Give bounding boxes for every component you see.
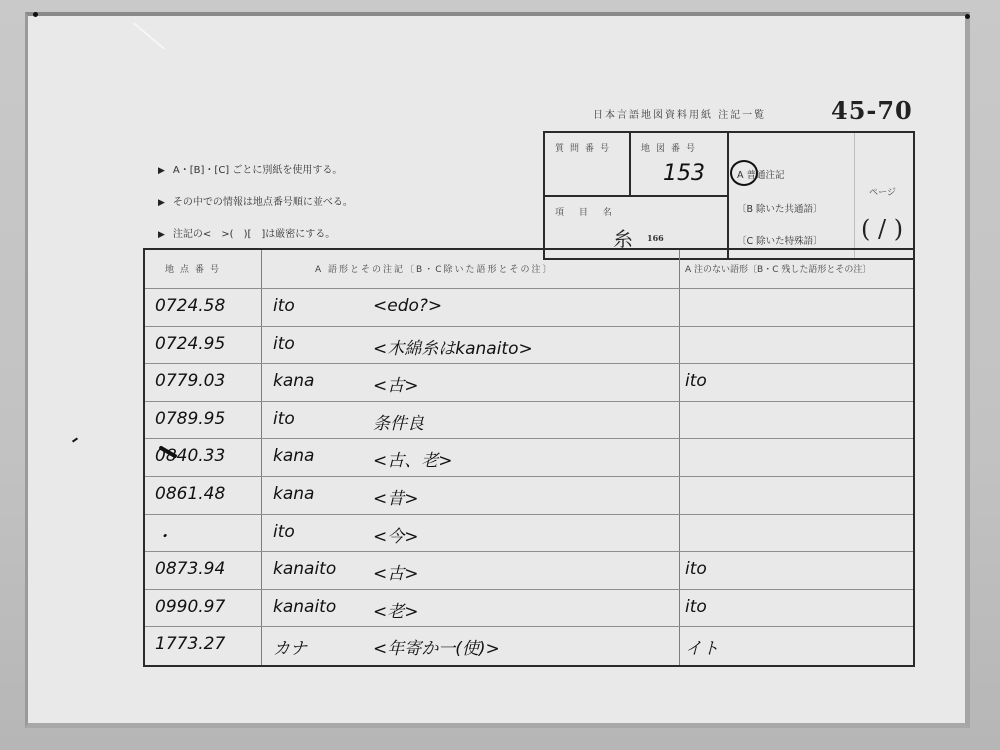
header-box: 質問番号 地図番号 153 項 目 名 糸 166 A 普通注記 〔B 除いた共…: [543, 131, 915, 260]
data-sheet: 日本言語地図資料用紙 注記一覧 45-70 ▶A・[B]・[C] ごとに別紙を使…: [25, 12, 970, 728]
map-number-value: 153: [663, 161, 705, 186]
word-form: kanaito: [273, 559, 336, 579]
point-number: 0779.03: [155, 371, 225, 391]
instruction-item: ▶A・[B]・[C] ごとに別紙を使用する。: [158, 161, 353, 193]
table-row: 0840.33kana<古、老>: [145, 438, 913, 477]
annotation-option-c: 〔C 除いた特殊語〕: [737, 233, 823, 247]
word-form: kanaito: [273, 597, 336, 617]
column-header-point: 地点番号: [165, 262, 225, 275]
pin-dot: [33, 12, 38, 17]
table-row: 0724.58ito<edo?>: [145, 288, 913, 327]
table-row: ・ito<今>: [145, 514, 913, 553]
word-note: <木綿糸はkanaito>: [373, 334, 533, 359]
table-header: 地点番号 A 語形とその注記〔B・C除いた語形とその注〕 A 注のない語形〔B・…: [145, 250, 913, 289]
word-note: <年寄か一(使)>: [373, 634, 500, 659]
scratch-mark: [133, 22, 165, 49]
point-number: 0789.95: [155, 409, 225, 429]
word-form: kana: [273, 446, 314, 466]
instruction-text: その中での情報は地点番号順に並べる。: [173, 197, 353, 208]
word-without-note: ito: [685, 371, 707, 391]
point-number: 1773.27: [155, 634, 225, 654]
question-number-label: 質問番号: [555, 141, 615, 154]
point-number: 0861.48: [155, 484, 225, 504]
table-row: 0779.03kana<古>ito: [145, 363, 913, 402]
triangle-right-icon: ▶: [158, 230, 165, 240]
entries-table: 地点番号 A 語形とその注記〔B・C除いた語形とその注〕 A 注のない語形〔B・…: [143, 248, 915, 667]
annotation-type-cell: A 普通注記 〔B 除いた共通語〕 〔C 除いた特殊語〕: [729, 133, 855, 258]
word-note: 条件良: [373, 409, 424, 434]
word-note: <古>: [373, 559, 419, 584]
point-number: 0724.58: [155, 296, 225, 316]
table-row: 1773.27カナ<年寄か一(使)>イト: [145, 626, 913, 664]
form-number: 45-70: [831, 96, 913, 125]
instruction-text: A・[B]・[C] ごとに別紙を使用する。: [173, 165, 342, 176]
word-form: ito: [273, 409, 295, 429]
word-note: <古>: [373, 371, 419, 396]
word-without-note: ito: [685, 597, 707, 617]
table-row: 0873.94kanaito<古>ito: [145, 551, 913, 590]
instructions-list: ▶A・[B]・[C] ごとに別紙を使用する。 ▶その中での情報は地点番号順に並べ…: [158, 161, 353, 257]
item-code: 166: [647, 233, 664, 243]
point-number: 0724.95: [155, 334, 225, 354]
triangle-right-icon: ▶: [158, 166, 165, 176]
instruction-text: 注記の< >( )[ ]は厳密にする。: [173, 229, 335, 240]
map-number-label: 地図番号: [641, 141, 701, 154]
page-value: ( / ): [861, 215, 903, 243]
page-label: ページ: [869, 185, 896, 198]
map-number-cell: 地図番号 153: [631, 133, 729, 197]
point-number: ・: [155, 522, 172, 547]
word-note: <老>: [373, 597, 419, 622]
item-name-label: 項 目 名: [555, 205, 618, 218]
instruction-item: ▶その中での情報は地点番号順に並べる。: [158, 193, 353, 225]
word-note: <昔>: [373, 484, 419, 509]
point-number: 0990.97: [155, 597, 225, 617]
word-without-note: ito: [685, 559, 707, 579]
word-without-note: イト: [685, 634, 719, 659]
stray-mark: [72, 437, 78, 442]
table-row: 0861.48kana<昔>: [145, 476, 913, 515]
word-note: <古、老>: [373, 446, 453, 471]
word-note: <今>: [373, 522, 419, 547]
table-row: 0990.97kanaito<老>ito: [145, 589, 913, 628]
word-note: <edo?>: [373, 296, 442, 316]
annotation-option-b: 〔B 除いた共通語〕: [737, 201, 823, 215]
word-form: kana: [273, 484, 314, 504]
table-row: 0789.95ito条件良: [145, 401, 913, 440]
word-form: ito: [273, 296, 295, 316]
point-number: 0873.94: [155, 559, 225, 579]
column-header-form: A 語形とその注記〔B・C除いた語形とその注〕: [315, 262, 553, 275]
page-cell: ページ ( / ): [855, 133, 913, 258]
form-title: 日本言語地図資料用紙 注記一覧: [593, 106, 766, 121]
word-form: kana: [273, 371, 314, 391]
triangle-right-icon: ▶: [158, 198, 165, 208]
column-header-other: A 注のない語形〔B・C 残した語形とその注〕: [685, 262, 871, 275]
pin-dot: [965, 14, 970, 19]
table-row: 0724.95ito<木綿糸はkanaito>: [145, 326, 913, 365]
question-number-cell: 質問番号: [545, 133, 631, 197]
word-form: ito: [273, 522, 295, 542]
word-form: ito: [273, 334, 295, 354]
annotation-option-a: A 普通注記: [737, 167, 785, 181]
word-form: カナ: [273, 634, 307, 659]
